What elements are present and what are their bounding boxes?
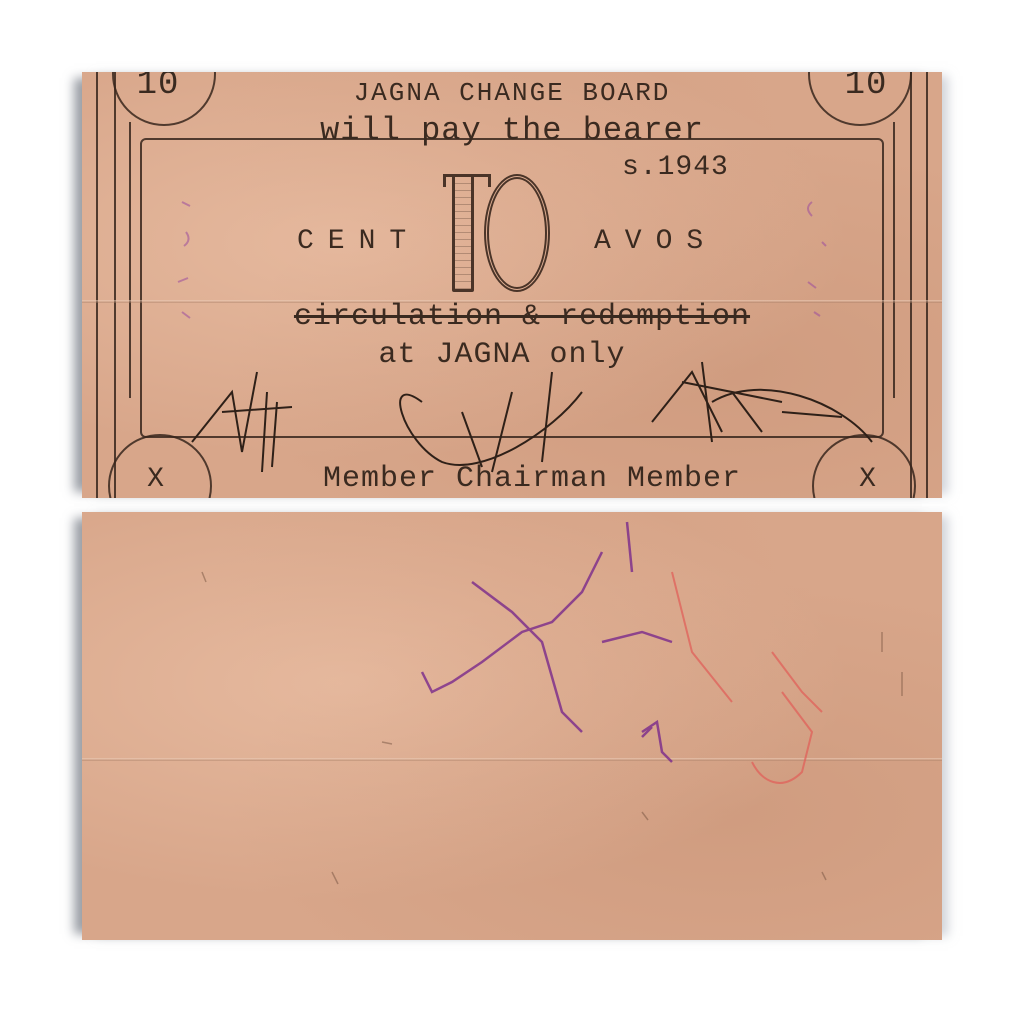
back-handwritten-marks xyxy=(82,512,942,940)
banknote-front: 10 10 X X JAGNA CHANGE BOARD will pay th… xyxy=(82,72,942,498)
red-handwriting xyxy=(672,572,822,783)
signatures-and-stamps xyxy=(82,72,942,498)
faint-marks xyxy=(202,572,902,884)
purple-handwriting xyxy=(422,522,672,762)
faint-stamp-marks xyxy=(178,202,826,318)
signatures xyxy=(192,362,872,472)
banknote-back xyxy=(82,512,942,940)
